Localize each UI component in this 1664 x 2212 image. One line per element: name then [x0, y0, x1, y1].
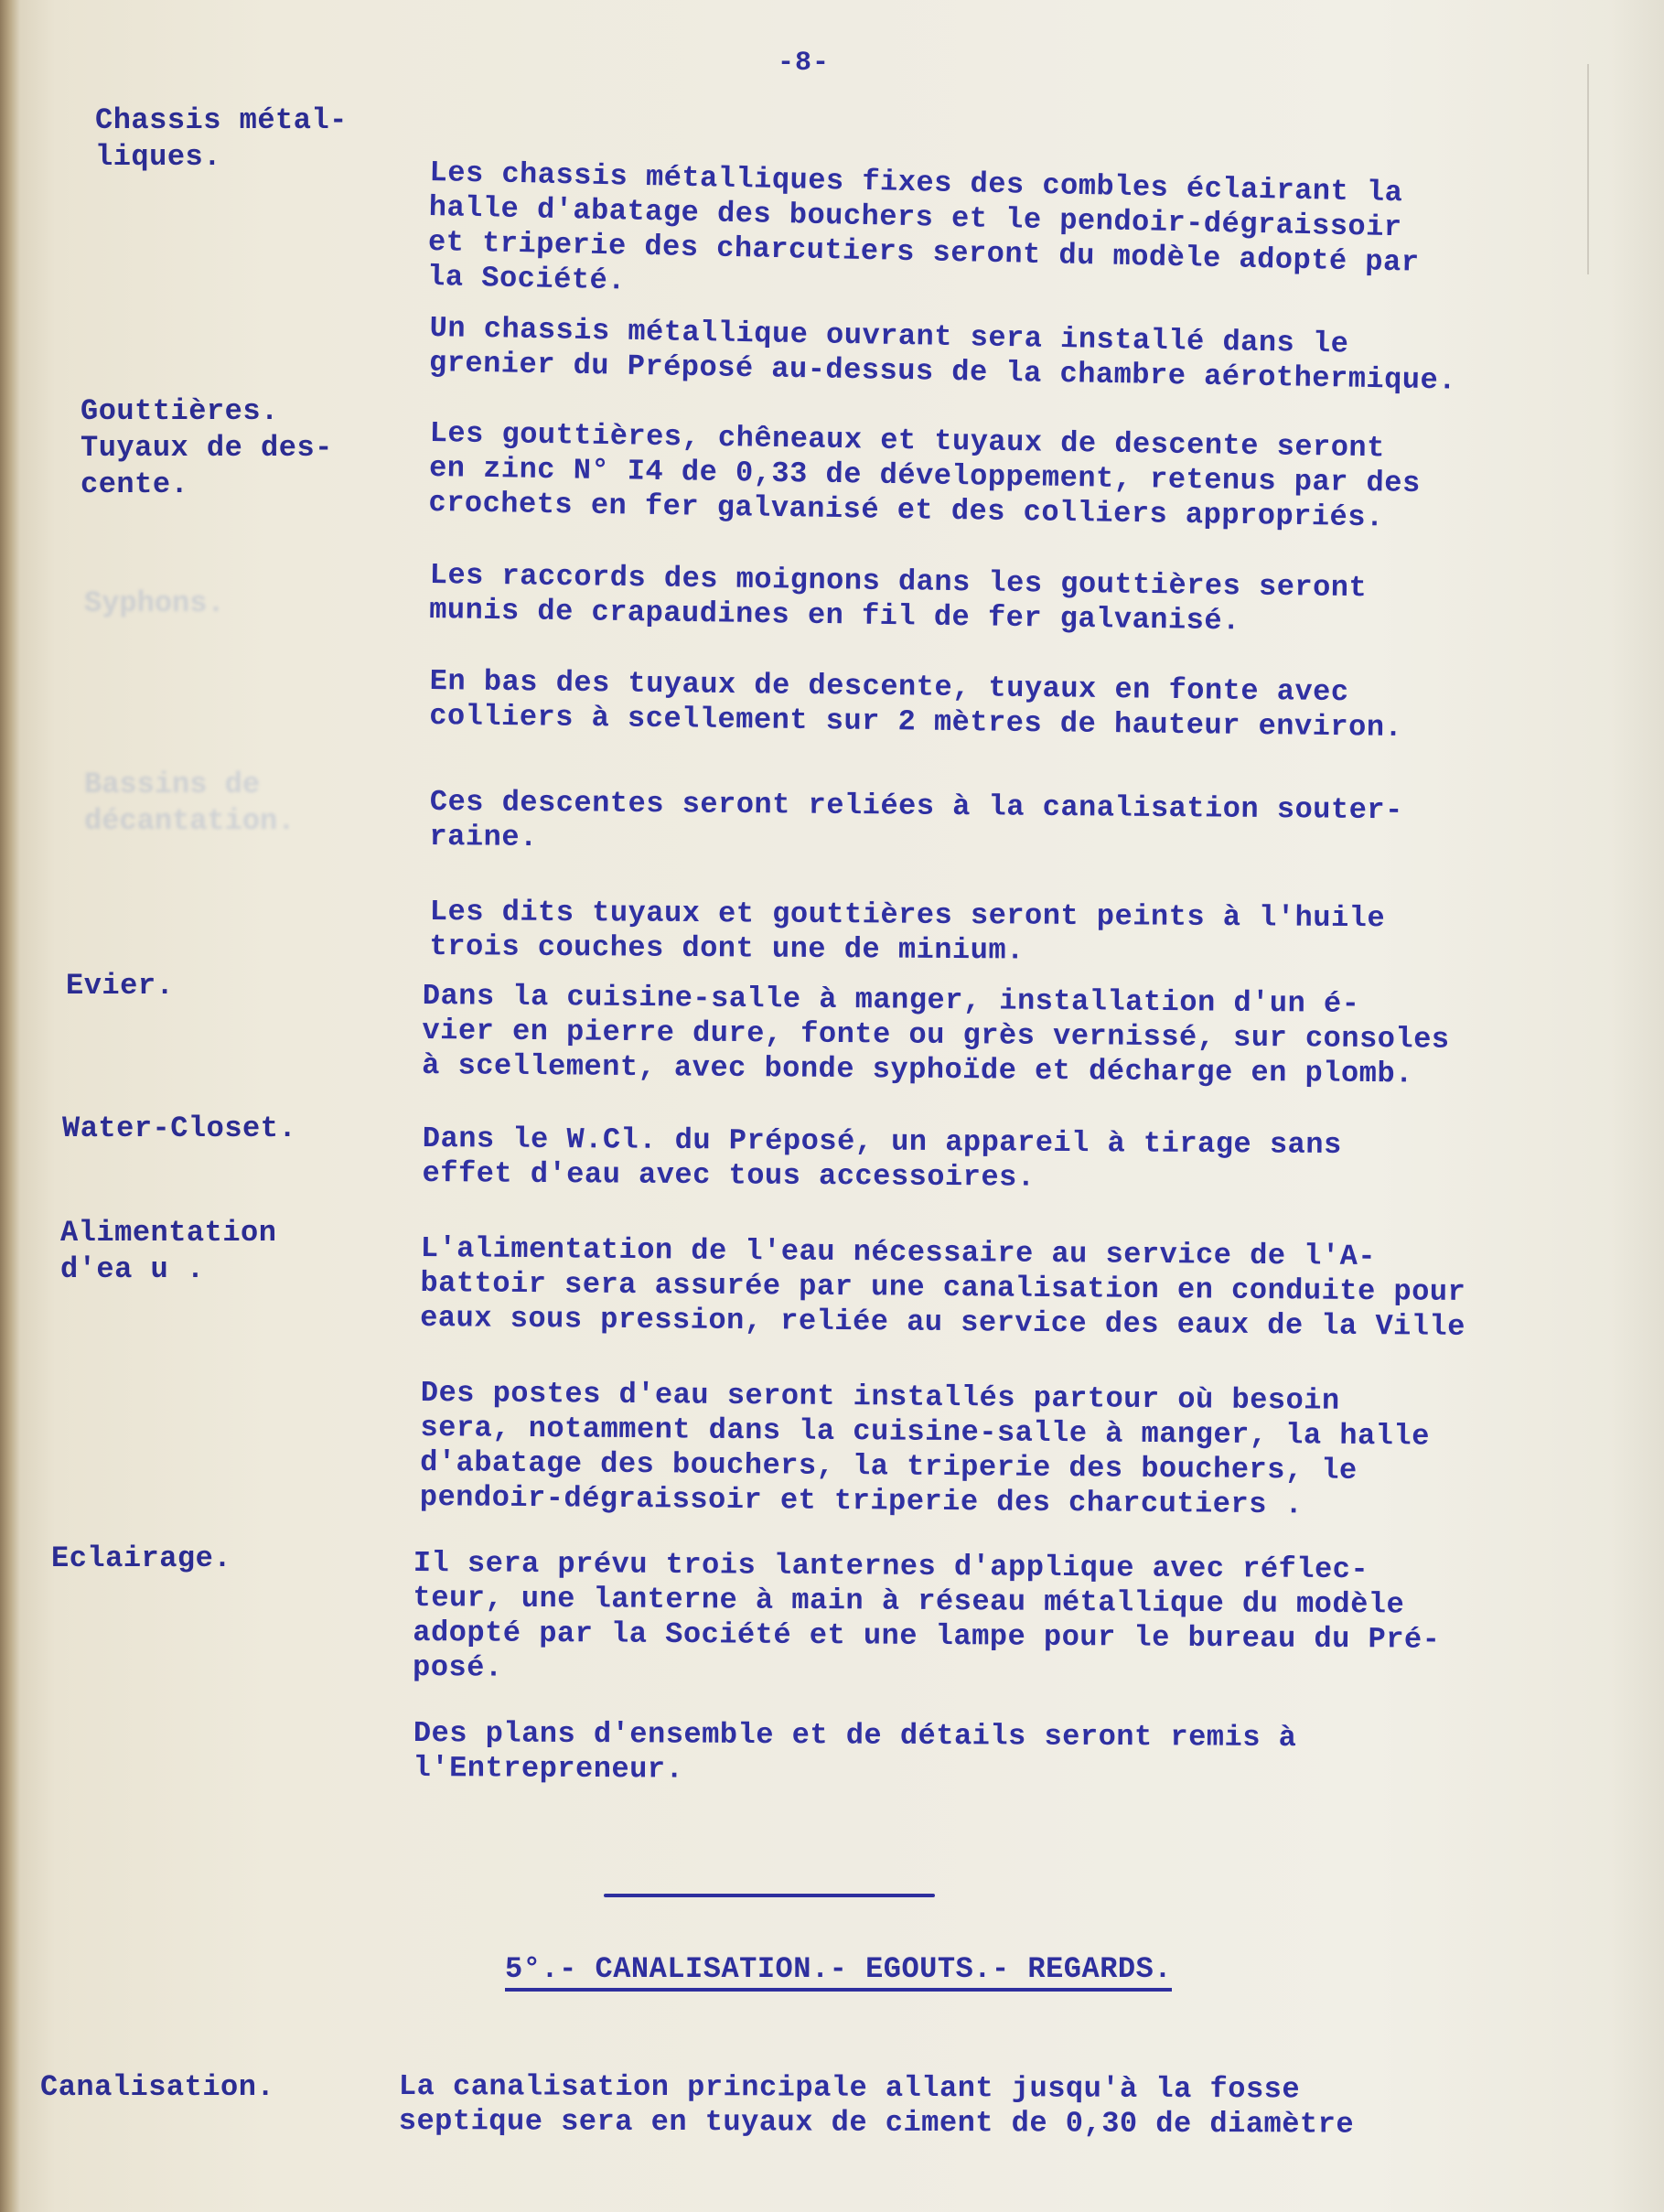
page-edge-line [1587, 64, 1589, 274]
page-number: -8- [778, 48, 830, 79]
margin-label-eclairage: Eclairage. [51, 1541, 231, 1577]
paragraph-gouttieres-zinc: Les gouttières, chêneaux et tuyaux de de… [428, 416, 1421, 536]
section-separator-rule [604, 1894, 935, 1897]
paragraph-raccords-moignons: Les raccords des moignons dans les goutt… [429, 558, 1368, 640]
document-page: Syphons. Bassins de décantation. -8- Cha… [0, 0, 1664, 2212]
paragraph-plans-ensemble: Des plans d'ensemble et de détails seron… [413, 1716, 1297, 1790]
paragraph-chassis-fixes: Les chassis métalliques fixes des comble… [427, 156, 1422, 316]
margin-label-alimentation: Alimentation d'ea u . [60, 1215, 276, 1288]
paragraph-chassis-ouvrant: Un chassis métallique ouvrant sera insta… [429, 311, 1457, 399]
paragraph-alimentation-eau: L'alimentation de l'eau nécessaire au se… [420, 1231, 1466, 1345]
paragraph-evier: Dans la cuisine-salle à manger, installa… [422, 979, 1450, 1092]
paragraph-lanternes: Il sera prévu trois lanternes d'applique… [413, 1546, 1441, 1692]
paragraph-water-closet: Dans le W.Cl. du Préposé, un appareil à … [422, 1122, 1341, 1197]
paragraph-postes-eau: Des postes d'eau seront installés partou… [420, 1376, 1431, 1524]
show-through-label-syphons: Syphons. [84, 585, 225, 622]
margin-label-chassis: Chassis métal- liques. [95, 102, 348, 176]
margin-label-evier: Evier. [66, 968, 174, 1004]
paragraph-tuyaux-fonte: En bas des tuyaux de descente, tuyaux en… [429, 664, 1403, 746]
section-heading-canalisation: 5°.- CANALISATION.- EGOUTS.- REGARDS. [505, 1952, 1172, 1992]
margin-label-water-closet: Water-Closet. [62, 1111, 296, 1147]
show-through-label-bassins: Bassins de décantation. [84, 767, 295, 840]
margin-label-gouttieres: Gouttières. Tuyaux de des- cente. [81, 393, 333, 503]
paragraph-canalisation-principale: La canalisation principale allant jusqu'… [399, 2069, 1355, 2142]
paragraph-descentes-reliees: Ces descentes seront reliées à la canali… [429, 785, 1403, 863]
paragraph-peinture: Les dits tuyaux et gouttières seront pei… [429, 895, 1385, 971]
margin-label-canalisation: Canalisation. [40, 2069, 274, 2106]
